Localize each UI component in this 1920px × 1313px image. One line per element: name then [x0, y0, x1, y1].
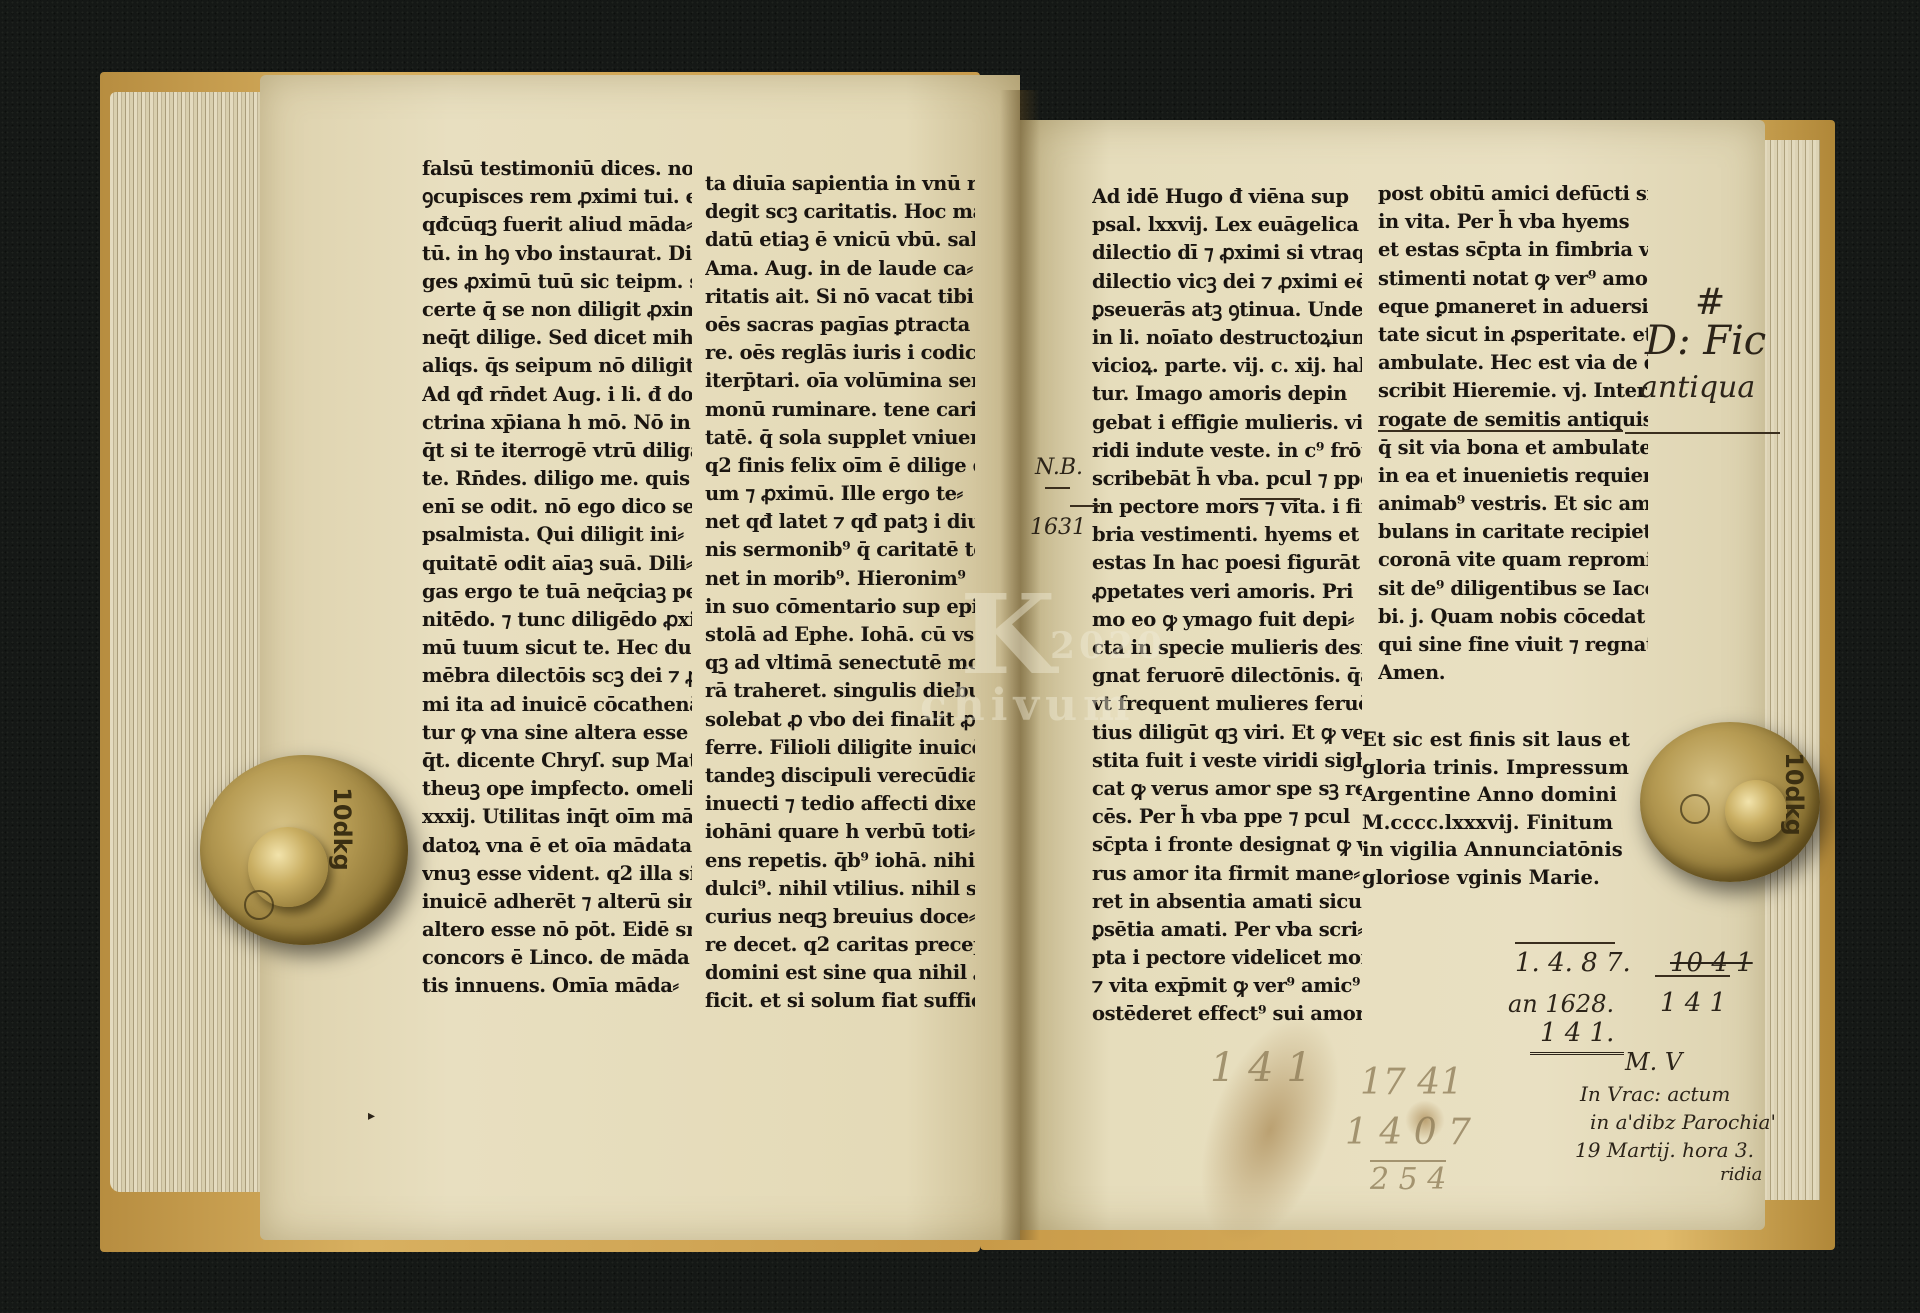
text-line: Ama. Aug. in de laude ca⸗: [705, 255, 975, 283]
text-line: psal. lxxvij. Lex euāgelica ē: [1092, 211, 1362, 239]
text-line: sit de⁹ diligentibus se Iaco: [1378, 575, 1648, 603]
margin-note-antiqua: antiqua: [1640, 370, 1755, 405]
margin-note-di-fic: D: Fic: [1645, 318, 1766, 364]
handwritten-year-1628: an 1628.: [1508, 990, 1614, 1018]
text-line: tatē. q̄ sola supplet vniuersa.: [705, 424, 975, 452]
book-gutter: [1000, 90, 1040, 1240]
text-line: ficit. et si solum fiat sufficit.: [705, 987, 975, 1015]
text-line: altero esse nō pōt. Eidē snīe: [422, 916, 692, 944]
handwritten-note-line: in a'dibz Parochia': [1590, 1110, 1776, 1134]
text-line: scribebāt h̄ vba. pcul ⁊ ppe: [1092, 465, 1362, 493]
text-line: ꝑsētia amati. Per vba scri⸗: [1092, 916, 1362, 944]
text-line: stimenti notat ꝙ ver⁹ amor: [1378, 265, 1648, 293]
text-line: et estas sc̄pta in fimbria ve⸗: [1378, 236, 1648, 264]
handwritten-year: 1. 4. 8 7.: [1515, 948, 1631, 978]
text-line: te. Rn̄des. diligo me. quis: [422, 465, 692, 493]
nb-note: N.B.: [1035, 455, 1083, 480]
nb-year-note: 1631: [1030, 515, 1086, 540]
text-line: solebat ꝓ vbo dei finalit ꝓ: [705, 706, 975, 734]
text-line: qui sine fine viuit ⁊ regnat.: [1378, 631, 1648, 659]
pencil-number: 2 5 4: [1370, 1160, 1446, 1197]
colophon: Et sic est finis sit laus et gloria trin…: [1362, 726, 1630, 891]
text-line: dulci⁹. nihil vtilius. nihil se: [705, 875, 975, 903]
text-line: domini est sine qua nihil ꝓ: [705, 959, 975, 987]
text-line: post obitū amici defūcti sic: [1378, 180, 1648, 208]
text-line: rus amor ita firmit mane⸗: [1092, 860, 1362, 888]
text-line: um ⁊ ꝓximū. Ille ergo te⸗: [705, 480, 975, 508]
text-line: concors ē Linco. de māda: [422, 944, 692, 972]
text-line: q2 finis felix oīm ē dilige de: [705, 452, 975, 480]
text-line: ridi indute veste. in c⁹ frōte: [1092, 437, 1362, 465]
text-line: sc̄pta i fronte designat ꝙ ve: [1092, 831, 1362, 859]
text-line: monū ruminare. tene cari⸗: [705, 396, 975, 424]
colophon-line: in vigilia Annunciatōnis: [1362, 836, 1630, 864]
text-line: qꝫ ad vltimā senectutē mo⸗: [705, 649, 975, 677]
text-line: q̄t si te iterrogē vtrū diligas: [422, 437, 692, 465]
text-line: ferre. Filioli diligite inuicē.: [705, 734, 975, 762]
text-line: tius diligūt qꝫ viri. Et ꝙ ve: [1092, 719, 1362, 747]
text-line: coronā vite quam repromi: [1378, 546, 1648, 574]
text-line: ta diuīa sapientia in vnū re: [705, 170, 975, 198]
handwritten-note-line: ridia: [1720, 1164, 1762, 1185]
brass-weight-left: 10dkg: [200, 755, 408, 945]
text-line: ens repetis. q̄b⁹ iohā. nihil: [705, 847, 975, 875]
text-line: tis innuens. Omīa māda⸗: [422, 972, 692, 1000]
text-line: rā traheret. singulis diebus: [705, 677, 975, 705]
text-line: scribit Hieremie. vj. Inter: [1378, 377, 1648, 405]
hash-mark: #: [1695, 282, 1725, 323]
text-line: stita fuit i veste viridi sighi⸗: [1092, 747, 1362, 775]
text-line: re decet. q2 caritas preceptū: [705, 931, 975, 959]
pencil-number: 1 4 0 7: [1345, 1112, 1471, 1153]
pencil-number: 17 41: [1360, 1062, 1463, 1103]
text-line: Ad idē Hugo đ viēna sup: [1092, 183, 1362, 211]
underline-mark: [1378, 430, 1623, 432]
margin-mark: ▸: [368, 1108, 375, 1124]
text-line: mo eo ꝙ ymago fuit depi⸗: [1092, 606, 1362, 634]
text-line: dilectio dī ⁊ ꝓximi si vtraqꝫ: [1092, 239, 1362, 267]
page-edges-right: [1760, 140, 1820, 1200]
text-line: bi. j. Quam nobis cōcedat: [1378, 603, 1648, 631]
text-line: cat ꝙ verus amor spe sꝫ re⸗: [1092, 775, 1362, 803]
text-line: ret in absentia amati sicut i: [1092, 888, 1362, 916]
hallmark-icon: [1680, 794, 1710, 824]
text-line: quitatē odit aīaꝫ suā. Dili⸗: [422, 550, 692, 578]
text-line: q̄t. dicente Chryſ. sup Mat: [422, 747, 692, 775]
text-line: re. oēs reglās iuris i codice: [705, 339, 975, 367]
text-line: ctrina xp̄iana h mō. Nō in: [422, 409, 692, 437]
pencil-number: 1 4 1: [1210, 1045, 1312, 1091]
text-line: ꝑseuerās atꝫ ꝯtinua. Unde: [1092, 296, 1362, 324]
text-line: ⁊ vita exp̄mit ꝙ ver⁹ amic⁹: [1092, 972, 1362, 1000]
text-line: in pectore mors ⁊ vita. i fim: [1092, 493, 1362, 521]
text-line: in ea et inuenietis requiem: [1378, 462, 1648, 490]
text-line: Ad qđ rn̄det Aug. i li. đ do⸗: [422, 381, 692, 409]
text-line: neq̄t dilige. Sed dicet mihi: [422, 324, 692, 352]
text-line: ambulate. Hec est via de q̄: [1378, 349, 1648, 377]
text-line: q̄ sit via bona et ambulate: [1378, 434, 1648, 462]
text-line: degit scꝫ caritatis. Hoc mā: [705, 198, 975, 226]
text-line: cēs. Per h̄ vba ppe ⁊ pcul: [1092, 803, 1362, 831]
handwritten-note-line: 19 Martij. hora 3.: [1575, 1138, 1754, 1162]
text-line: ges ꝓximū tuū sic teipm. sꝫ: [422, 268, 692, 296]
text-column-4: post obitū amici defūcti sic in vita. Pe…: [1378, 180, 1648, 687]
handwritten-struck-number: 10 4 1: [1670, 948, 1753, 978]
text-line: cta in specie mulieris desi⸗: [1092, 634, 1362, 662]
text-line: mēbra dilectōis scꝫ dei ⁊ ꝓxi: [422, 662, 692, 690]
text-line: eque ꝑmaneret in aduersi⸗: [1378, 293, 1648, 321]
text-line: enī se odit. nō ego dico sed: [422, 493, 692, 521]
nb-bracket: [1070, 505, 1100, 507]
text-line: bulans in caritate recipiet: [1378, 518, 1648, 546]
text-line: falsū testimoniū dices. non: [422, 155, 692, 183]
colophon-line: Argentine Anno domini: [1362, 781, 1630, 809]
text-line: certe q̄ se non diligit ꝓximū: [422, 296, 692, 324]
text-line: vt frequent mulieres feruē⸗: [1092, 690, 1362, 718]
weight-label: 10dkg: [1780, 752, 1808, 836]
text-line: ꝓpetates veri amoris. Pri: [1092, 578, 1362, 606]
underline-mark: [1240, 498, 1300, 500]
handwritten-boxed-number: 1 4 1.: [1530, 1018, 1624, 1055]
text-line: tū. in hꝯ vbo instaurat. Dili: [422, 240, 692, 268]
handwritten-note-line: M. V: [1625, 1048, 1682, 1076]
nb-bracket: [1045, 487, 1070, 489]
text-line: nitēdo. ⁊ tunc diligēdo ꝓxi⸗: [422, 606, 692, 634]
text-line: tur. Imago amoris depin: [1092, 380, 1362, 408]
text-line: net qđ latet ⁊ qđ patꝫ i diui⸗: [705, 508, 975, 536]
text-line: dilectio vicꝫ dei ⁊ ꝓximi eēt: [1092, 268, 1362, 296]
text-column-2: ta diuīa sapientia in vnū re degit scꝫ c…: [705, 170, 975, 1016]
handwritten-number: 1 4 1: [1660, 988, 1726, 1018]
text-line: theuꝫ ope impfecto. omelia: [422, 775, 692, 803]
text-line: iohāni quare h verbū toti⸗: [705, 818, 975, 846]
hallmark-icon: [244, 890, 274, 920]
text-line: net in morib⁹. Hieronim⁹: [705, 565, 975, 593]
numbers-rule: [1515, 942, 1615, 944]
colophon-line: M.cccc.lxxxvij. Finitum: [1362, 809, 1630, 837]
text-line: aliqs. q̄s seipum nō diligit.: [422, 352, 692, 380]
text-column-3: Ad idē Hugo đ viēna sup psal. lxxvij. Le…: [1092, 183, 1362, 1029]
text-line: in li. noīato destructoꝝium: [1092, 324, 1362, 352]
text-line: in vita. Per h̄ vba hyems: [1378, 208, 1648, 236]
text-line: Amen.: [1378, 659, 1648, 687]
text-line: datoꝝ vna ē et oīa mādata: [422, 832, 692, 860]
text-line: qđcūqꝫ fuerit aliud māda⸗: [422, 211, 692, 239]
text-line: ritatis ait. Si nō vacat tibi: [705, 283, 975, 311]
text-line: vicioꝝ. parte. vij. c. xij. habe⸗: [1092, 352, 1362, 380]
colophon-line: Et sic est finis sit laus et: [1362, 726, 1630, 754]
text-line: mi ita ad inuicē cōcathenā: [422, 691, 692, 719]
text-line: gebat i effigie mulieris. vi⸗: [1092, 409, 1362, 437]
text-line: inuecti ⁊ tedio affecti dixert: [705, 790, 975, 818]
brass-weight-right: 10dkg: [1640, 722, 1820, 882]
text-line: estas In hac poesi figurāt: [1092, 549, 1362, 577]
text-column-1: falsū testimoniū dices. non ꝯcupisces re…: [422, 155, 692, 1001]
text-line: xxxij. Utilitas inq̄t oīm mā: [422, 803, 692, 831]
colophon-line: gloria trinis. Impressum: [1362, 754, 1630, 782]
colophon-line: gloriose vginis Marie.: [1362, 864, 1630, 892]
text-line: curius neqꝫ breuius doce⸗: [705, 903, 975, 931]
page-edges-left: [110, 92, 275, 1192]
text-line: in suo cōmentario sup epi⸗: [705, 593, 975, 621]
text-line: pta i pectore videlicet mors: [1092, 944, 1362, 972]
text-line: gas ergo te tuā neq̄ciaꝫ pe⸗: [422, 578, 692, 606]
text-line: oēs sacras pagīas ꝑtracta: [705, 311, 975, 339]
weight-knob: [1725, 780, 1787, 842]
text-line: tandeꝫ discipuli verecūdia: [705, 762, 975, 790]
text-line: ꝯcupisces rem ꝓximi tui. et: [422, 183, 692, 211]
numbers-rule: [1655, 975, 1730, 977]
weight-label: 10dkg: [328, 787, 356, 871]
text-line: inuicē adherēt ⁊ alterū sine: [422, 888, 692, 916]
text-line: datū etiaꝫ ē vnicū vbū. salꝫ: [705, 226, 975, 254]
text-line: stolā ad Ephe. Iohā. cū vs: [705, 621, 975, 649]
text-line: animab⁹ vestris. Et sic am: [1378, 490, 1648, 518]
text-line: tate sicut in ꝓsperitate. et sic: [1378, 321, 1648, 349]
text-line: mū tuum sicut te. Hec duo: [422, 634, 692, 662]
text-line: gnat feruorē dilectōnis. q̄a: [1092, 662, 1362, 690]
text-line: iterp̄tari. oīa volūmina ser: [705, 367, 975, 395]
text-line: psalmista. Qui diligit ini⸗: [422, 521, 692, 549]
text-line: vnuꝫ esse vident. q2 illa sibi: [422, 860, 692, 888]
text-line: bria vestimenti. hyems et: [1092, 521, 1362, 549]
text-line: tur ꝙ vna sine altera esse ne: [422, 719, 692, 747]
margin-rule: [1625, 432, 1780, 434]
handwritten-note-line: In Vrac: actum: [1580, 1082, 1730, 1106]
text-line: nis sermonib⁹ q̄ caritatē te: [705, 536, 975, 564]
